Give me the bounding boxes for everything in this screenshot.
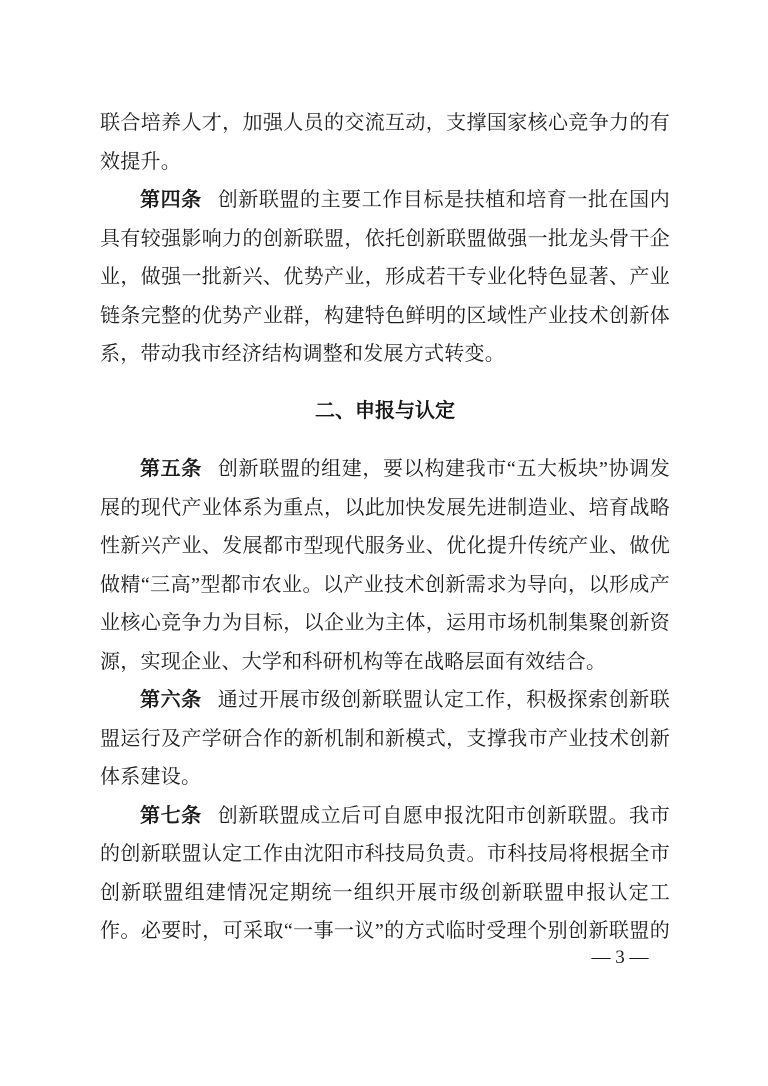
- article-4-paragraph: 第四条创新联盟的主要工作目标是扶植和培育一批在国内具有较强影响力的创新联盟，依托…: [100, 181, 670, 374]
- section-heading: 二、申报与认定: [100, 392, 670, 431]
- paragraph-continuation: 联合培养人才，加强人员的交流互动，支撑国家核心竞争力的有效提升。: [100, 104, 670, 181]
- article-7-label: 第七条: [140, 805, 202, 827]
- article-7-paragraph: 第七条创新联盟成立后可自愿申报沈阳市创新联盟。我市的创新联盟认定工作由沈阳市科技…: [100, 797, 670, 951]
- document-body: 联合培养人才，加强人员的交流互动，支撑国家核心竞争力的有效提升。 第四条创新联盟…: [100, 104, 670, 951]
- paragraph-text: 创新联盟的主要工作目标是扶植和培育一批在国内具有较强影响力的创新联盟，依托创新联…: [100, 189, 670, 365]
- paragraph-text: 创新联盟的组建，要以构建我市“五大板块”协调发展的现代产业体系为重点，以此加快发…: [100, 458, 670, 673]
- article-6-label: 第六条: [140, 689, 202, 711]
- article-5-paragraph: 第五条创新联盟的组建，要以构建我市“五大板块”协调发展的现代产业体系为重点，以此…: [100, 450, 670, 681]
- page-number: — 3 —: [570, 946, 670, 970]
- article-5-label: 第五条: [140, 458, 202, 480]
- document-page: 联合培养人才，加强人员的交流互动，支撑国家核心竞争力的有效提升。 第四条创新联盟…: [0, 0, 768, 1086]
- paragraph-text: 联合培养人才，加强人员的交流互动，支撑国家核心竞争力的有效提升。: [100, 112, 670, 173]
- article-6-paragraph: 第六条通过开展市级创新联盟认定工作，积极探索创新联盟运行及产学研合作的新机制和新…: [100, 681, 670, 797]
- article-4-label: 第四条: [140, 189, 202, 211]
